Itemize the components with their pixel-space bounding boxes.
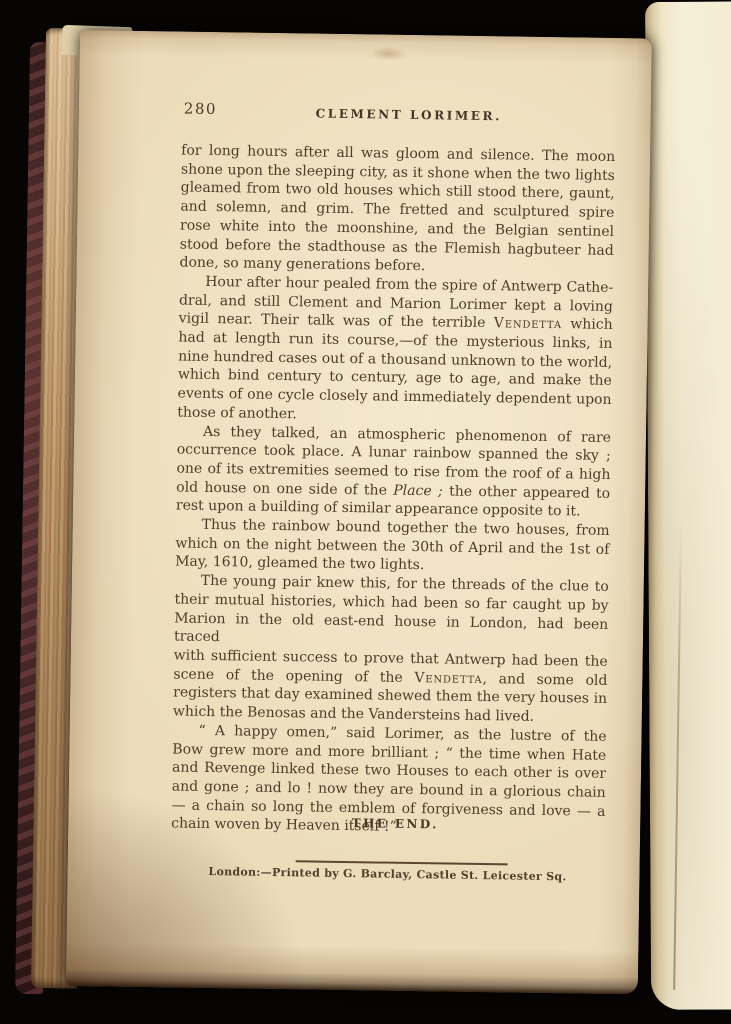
printer-imprint: London:—Printed by G. Barclay, Castle St… <box>170 864 604 883</box>
text-line: Marion in the old east-end house in Lond… <box>174 609 609 653</box>
page-crease <box>673 526 682 990</box>
facing-page <box>645 1 731 1010</box>
imprint-rule <box>296 860 508 865</box>
book-page: 280 CLEMENT LORIMER. for long hours afte… <box>66 30 652 994</box>
book-photo: 280 CLEMENT LORIMER. for long hours afte… <box>0 0 731 1024</box>
running-head: CLEMENT LORIMER. <box>316 107 502 124</box>
body-text: for long hours after all was gloom and s… <box>171 142 615 840</box>
page-header: 280 CLEMENT LORIMER. <box>182 98 616 126</box>
page-number: 280 <box>184 100 217 118</box>
